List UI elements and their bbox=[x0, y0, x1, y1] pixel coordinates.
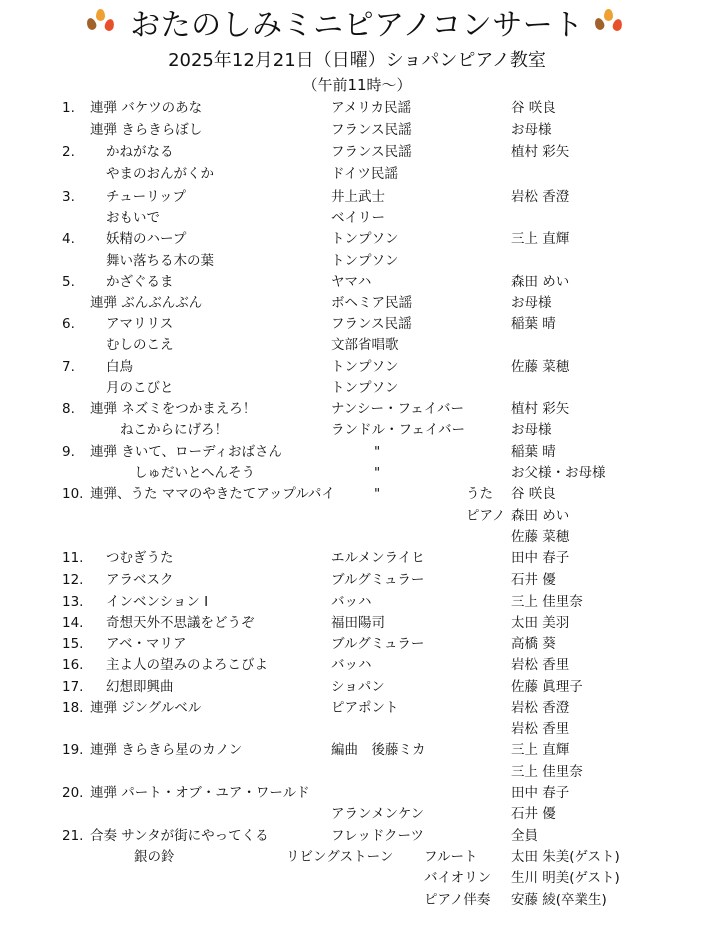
program-row: バイオリン生川 明美(ゲスト) bbox=[0, 868, 714, 889]
composer: " bbox=[374, 442, 380, 463]
program-number: 3. bbox=[62, 187, 75, 208]
piece-title: つむぎうた bbox=[106, 548, 174, 569]
composer: 福田陽司 bbox=[331, 613, 385, 634]
piece-title: アマリリス bbox=[106, 314, 173, 335]
program-row: 2.かねがなるフランス民謡植村 彩矢 bbox=[0, 142, 714, 163]
program-number: 16. bbox=[62, 655, 83, 676]
program-row: 12.アラベスクブルグミュラー石井 優 bbox=[0, 570, 714, 591]
performer-name: 稲葉 晴 bbox=[511, 314, 556, 335]
composer: トンプソン bbox=[331, 357, 399, 378]
program-number: 1. bbox=[62, 98, 75, 119]
composer: バッハ bbox=[331, 655, 372, 676]
program-row: むしのこえ文部省唱歌 bbox=[0, 335, 714, 356]
program-number: 19. bbox=[62, 740, 83, 761]
program-row: 3.チューリップ井上武士岩松 香澄 bbox=[0, 187, 714, 208]
instrument-part: ピアノ bbox=[466, 506, 505, 527]
program-row: ピアノ森田 めい bbox=[0, 506, 714, 527]
instrument-part: バイオリン bbox=[424, 868, 491, 889]
performer-name: 森田 めい bbox=[511, 506, 569, 527]
program-row: 15.アベ・マリアブルグミュラー高橋 葵 bbox=[0, 634, 714, 655]
piece-title: しゅだいとへんそう bbox=[134, 463, 255, 484]
performer-name: 田中 春子 bbox=[511, 548, 569, 569]
composer: フレッドクーツ bbox=[331, 826, 424, 847]
composer: ランドル・フェイバー bbox=[331, 420, 465, 441]
piece-title: むしのこえ bbox=[106, 335, 174, 356]
performer-name: 全員 bbox=[511, 826, 538, 847]
performer-name: お母様 bbox=[511, 293, 552, 314]
composer: " bbox=[374, 463, 380, 484]
program-number: 20. bbox=[62, 783, 83, 804]
piece-title: 連弾 バケツのあな bbox=[90, 98, 202, 119]
piece-title: 月のこびと bbox=[106, 378, 174, 399]
program-row: 18.連弾 ジングルベルピアポント岩松 香澄 bbox=[0, 698, 714, 719]
performer-name: お父様・お母様 bbox=[511, 463, 606, 484]
program-number: 8. bbox=[62, 399, 75, 420]
program-row: 舞い落ちる木の葉トンプソン bbox=[0, 251, 714, 272]
piece-title: やまのおんがくか bbox=[106, 164, 214, 185]
piece-title: 合奏 サンタが街にやってくる bbox=[90, 826, 269, 847]
program-number: 14. bbox=[62, 613, 83, 634]
composer: ピアポント bbox=[331, 698, 399, 719]
program-number: 2. bbox=[62, 142, 75, 163]
piece-title: 銀の鈴 bbox=[134, 847, 175, 868]
composer: ベイリー bbox=[331, 208, 385, 229]
performer-name: 三上 佳里奈 bbox=[511, 592, 583, 613]
composer: 編曲 後藤ミカ bbox=[331, 740, 426, 761]
composer: バッハ bbox=[331, 592, 372, 613]
performer-name: お母様 bbox=[511, 420, 552, 441]
composer: アランメンケン bbox=[331, 804, 424, 825]
program-number: 21. bbox=[62, 826, 83, 847]
performer-name: 稲葉 晴 bbox=[511, 442, 556, 463]
program-row: 銀の鈴リビングストーンフルート太田 朱美(ゲスト) bbox=[0, 847, 714, 868]
program-row: 連弾 きらきらぼしフランス民謡お母様 bbox=[0, 120, 714, 141]
performer-name: 田中 春子 bbox=[511, 783, 569, 804]
program-row: 21.合奏 サンタが街にやってくるフレッドクーツ全員 bbox=[0, 826, 714, 847]
performer-name: 植村 彩矢 bbox=[511, 142, 569, 163]
program-row: おもいでベイリー bbox=[0, 208, 714, 229]
program-row: アランメンケン石井 優 bbox=[0, 804, 714, 825]
program-row: 16.主よ人の望みのよろこびよバッハ岩松 香里 bbox=[0, 655, 714, 676]
event-time: （午前11時～） bbox=[0, 74, 714, 95]
composer: トンプソン bbox=[331, 229, 399, 250]
program-number: 9. bbox=[62, 442, 75, 463]
instrument-part: うた bbox=[466, 484, 493, 505]
program-row: 月のこびとトンプソン bbox=[0, 378, 714, 399]
piece-title: 連弾 パート・オブ・ユア・ワールド bbox=[90, 783, 310, 804]
piece-title: 連弾 ぶんぶんぶん bbox=[90, 293, 202, 314]
composer: エルメンライヒ bbox=[331, 548, 425, 569]
program-row: 11.つむぎうたエルメンライヒ田中 春子 bbox=[0, 548, 714, 569]
program-row: ピアノ伴奏安藤 綾(卒業生) bbox=[0, 890, 714, 911]
performer-name: 佐藤 眞理子 bbox=[511, 677, 583, 698]
program-number: 7. bbox=[62, 357, 75, 378]
program-row: 7.白鳥トンプソン佐藤 菜穂 bbox=[0, 357, 714, 378]
program-number: 12. bbox=[62, 570, 83, 591]
composer: 井上武士 bbox=[331, 187, 385, 208]
performer-name: 石井 優 bbox=[511, 804, 556, 825]
piece-title: 白鳥 bbox=[106, 357, 133, 378]
program-row: 佐藤 菜穂 bbox=[0, 527, 714, 548]
composer: " bbox=[374, 484, 380, 505]
performer-name: 安藤 綾(卒業生) bbox=[511, 890, 607, 911]
composer: ブルグミュラー bbox=[331, 634, 424, 655]
piece-title: アベ・マリア bbox=[106, 634, 186, 655]
program-number: 6. bbox=[62, 314, 75, 335]
piece-title: ねこからにげろ！ bbox=[120, 420, 228, 441]
program-row: 19.連弾 きらきら星のカノン編曲 後藤ミカ三上 直輝 bbox=[0, 740, 714, 761]
performer-name: 三上 佳里奈 bbox=[511, 762, 583, 783]
composer: ショパン bbox=[331, 677, 385, 698]
program-number: 5. bbox=[62, 272, 75, 293]
program-number: 15. bbox=[62, 634, 83, 655]
page-title: おたのしみミニピアノコンサート bbox=[130, 0, 584, 44]
performer-name: 岩松 香里 bbox=[511, 719, 569, 740]
composer: ボヘミア民謡 bbox=[331, 293, 412, 314]
composer: 文部省唱歌 bbox=[331, 335, 399, 356]
composer: ドイツ民謡 bbox=[331, 164, 398, 185]
piece-title: インベンション Ⅰ bbox=[106, 592, 208, 613]
performer-name: 太田 朱美(ゲスト) bbox=[511, 847, 620, 868]
performer-name: 三上 直輝 bbox=[511, 229, 569, 250]
title-row: おたのしみミニピアノコンサート bbox=[0, 2, 714, 42]
composer: フランス民謡 bbox=[331, 314, 412, 335]
piece-title: 連弾 きらきら星のカノン bbox=[90, 740, 242, 761]
instrument-part: ピアノ伴奏 bbox=[424, 890, 490, 911]
program-row: 5.かざぐるまヤマハ森田 めい bbox=[0, 272, 714, 293]
piece-title: 連弾 ジングルベル bbox=[90, 698, 201, 719]
piece-title: 連弾 ネズミをつかまえろ！ bbox=[90, 399, 256, 420]
composer: ヤマハ bbox=[331, 272, 371, 293]
piece-title: 連弾 きらきらぼし bbox=[90, 120, 202, 141]
program-row: 13.インベンション Ⅰバッハ三上 佳里奈 bbox=[0, 592, 714, 613]
piece-title: 幻想即興曲 bbox=[106, 677, 174, 698]
program-row: 8.連弾 ネズミをつかまえろ！ナンシー・フェイバー植村 彩矢 bbox=[0, 399, 714, 420]
program-number: 18. bbox=[62, 698, 83, 719]
performer-name: 岩松 香澄 bbox=[511, 698, 569, 719]
program-row: 9.連弾 きいて、ローディおばさん"稲葉 晴 bbox=[0, 442, 714, 463]
instrument-part: フルート bbox=[424, 847, 477, 868]
performer-name: 森田 めい bbox=[511, 272, 569, 293]
program-row: やまのおんがくかドイツ民謡 bbox=[0, 164, 714, 185]
program-row: 連弾 ぶんぶんぶんボヘミア民謡お母様 bbox=[0, 293, 714, 314]
piece-title: かざぐるま bbox=[106, 272, 174, 293]
performer-name: 三上 直輝 bbox=[511, 740, 569, 761]
performer-name: 岩松 香澄 bbox=[511, 187, 569, 208]
performer-name: 岩松 香里 bbox=[511, 655, 569, 676]
composer: トンプソン bbox=[331, 378, 399, 399]
performer-name: 佐藤 菜穂 bbox=[511, 357, 569, 378]
performer-name: 谷 咲良 bbox=[511, 484, 556, 505]
program-number: 17. bbox=[62, 677, 83, 698]
program-row: 17.幻想即興曲ショパン佐藤 眞理子 bbox=[0, 677, 714, 698]
performer-name: 佐藤 菜穂 bbox=[511, 527, 569, 548]
piece-title: おもいで bbox=[106, 208, 160, 229]
program-row: ねこからにげろ！ランドル・フェイバーお母様 bbox=[0, 420, 714, 441]
performer-name: 植村 彩矢 bbox=[511, 399, 569, 420]
composer: ブルグミュラー bbox=[331, 570, 424, 591]
program-number: 13. bbox=[62, 592, 83, 613]
performer-name: 生川 明美(ゲスト) bbox=[511, 868, 620, 889]
composer: トンプソン bbox=[331, 251, 399, 272]
program-number: 4. bbox=[62, 229, 75, 250]
piece-title: 主よ人の望みのよろこびよ bbox=[106, 655, 268, 676]
composer: フランス民謡 bbox=[331, 142, 412, 163]
performer-name: 太田 美羽 bbox=[511, 613, 569, 634]
performer-name: お母様 bbox=[511, 120, 552, 141]
program-number: 11. bbox=[62, 548, 83, 569]
composer: フランス民謡 bbox=[331, 120, 412, 141]
autumn-leaves-icon bbox=[594, 6, 628, 38]
performer-name: 石井 優 bbox=[511, 570, 556, 591]
program-row: 6.アマリリスフランス民謡稲葉 晴 bbox=[0, 314, 714, 335]
program-row: 三上 佳里奈 bbox=[0, 762, 714, 783]
performer-name: 谷 咲良 bbox=[511, 98, 556, 119]
program-row: 4.妖精のハープトンプソン三上 直輝 bbox=[0, 229, 714, 250]
piece-title: かねがなる bbox=[106, 142, 174, 163]
program-row: 14.奇想天外不思議をどうぞ福田陽司太田 美羽 bbox=[0, 613, 714, 634]
program-number: 10. bbox=[62, 484, 83, 505]
piece-title: 奇想天外不思議をどうぞ bbox=[106, 613, 255, 634]
autumn-leaves-icon bbox=[86, 6, 120, 38]
piece-title: 連弾 きいて、ローディおばさん bbox=[90, 442, 282, 463]
performer-name: 高橋 葵 bbox=[511, 634, 556, 655]
program-row: 10.連弾、うた ママのやきたてアップルパイ"うた谷 咲良 bbox=[0, 484, 714, 505]
composer: アメリカ民謡 bbox=[331, 98, 411, 119]
program-row: 1.連弾 バケツのあなアメリカ民謡谷 咲良 bbox=[0, 98, 714, 119]
program-row: 岩松 香里 bbox=[0, 719, 714, 740]
piece-title: 妖精のハープ bbox=[106, 229, 186, 250]
program-row: しゅだいとへんそう"お父様・お母様 bbox=[0, 463, 714, 484]
piece-title: 連弾、うた ママのやきたてアップルパイ bbox=[90, 484, 335, 505]
program-row: 20.連弾 パート・オブ・ユア・ワールド田中 春子 bbox=[0, 783, 714, 804]
piece-title: チューリップ bbox=[106, 187, 186, 208]
piece-title: 舞い落ちる木の葉 bbox=[106, 251, 214, 272]
composer: ナンシー・フェイバー bbox=[331, 399, 464, 420]
composer: リビングストーン bbox=[286, 847, 393, 868]
event-date-venue: 2025年12月21日（日曜）ショパンピアノ教室 bbox=[0, 46, 714, 72]
piece-title: アラベスク bbox=[106, 570, 174, 591]
